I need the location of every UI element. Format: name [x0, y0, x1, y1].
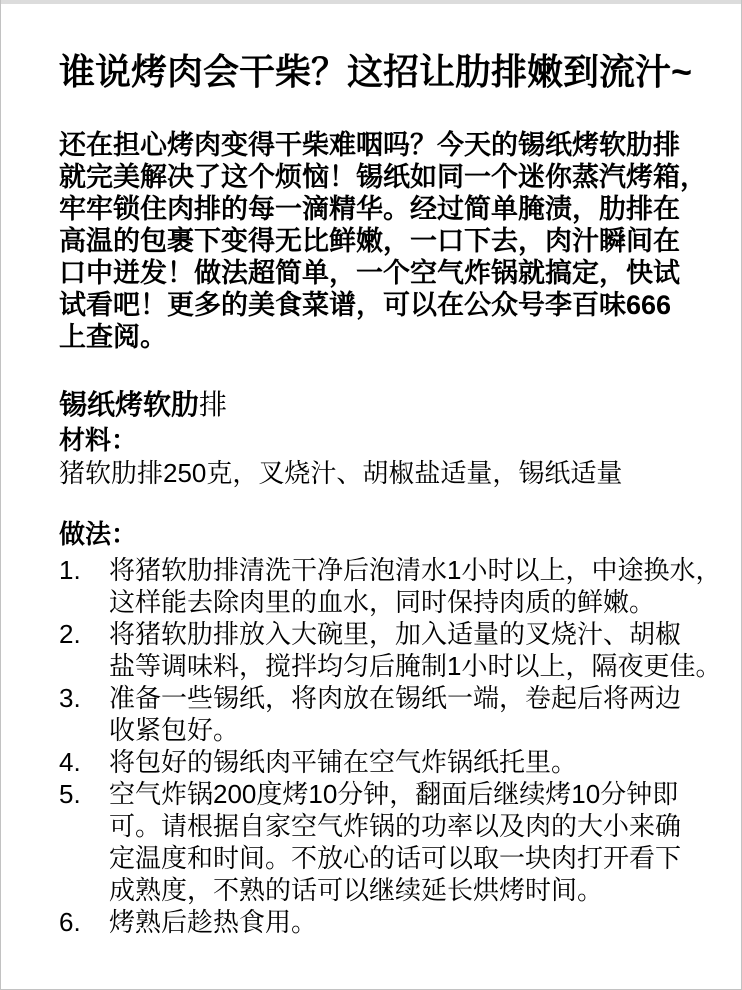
step-text: 将包好的锡纸肉平铺在空气炸锅纸托里。: [109, 746, 577, 778]
steps-list: 1.将猪软肋排清洗干净后泡清水1小时以上，中途换水，这样能去除肉里的血水，同时保…: [59, 554, 683, 938]
step-item: 2.将猪软肋排放入大碗里，加入适量的叉烧汁、胡椒盐等调味料，搅拌均匀后腌制1小时…: [59, 618, 683, 682]
step-line: 收紧包好。: [109, 714, 681, 746]
step-item: 3.准备一些锡纸，将肉放在锡纸一端，卷起后将两边收紧包好。: [59, 682, 683, 746]
step-line: 这样能去除肉里的血水，同时保持肉质的鲜嫩。: [109, 586, 721, 618]
step-text: 准备一些锡纸，将肉放在锡纸一端，卷起后将两边收紧包好。: [109, 682, 681, 746]
intro-line: 试看吧！更多的美食菜谱，可以在公众号李百味666: [59, 289, 683, 321]
intro-line: 上查阅。: [59, 321, 683, 353]
step-line: 将包好的锡纸肉平铺在空气炸锅纸托里。: [109, 746, 577, 778]
step-marker: 5.: [59, 778, 109, 810]
step-item: 5.空气炸锅200度烤10分钟，翻面后继续烤10分钟即可。请根据自家空气炸锅的功…: [59, 778, 683, 906]
step-marker: 4.: [59, 746, 109, 778]
method-label: 做法：: [59, 518, 683, 551]
step-marker: 3.: [59, 682, 109, 714]
step-text: 烤熟后趁热食用。: [109, 906, 317, 938]
materials-text: 猪软肋排250克，叉烧汁、胡椒盐适量，锡纸适量: [59, 457, 683, 490]
step-line: 定温度和时间。不放心的话可以取一块肉打开看下: [109, 842, 681, 874]
step-text: 空气炸锅200度烤10分钟，翻面后继续烤10分钟即可。请根据自家空气炸锅的功率以…: [109, 778, 681, 906]
step-text: 将猪软肋排清洗干净后泡清水1小时以上，中途换水，这样能去除肉里的血水，同时保持肉…: [109, 554, 721, 618]
step-line: 盐等调味料，搅拌均匀后腌制1小时以上，隔夜更佳。: [109, 650, 721, 682]
step-line: 可。请根据自家空气炸锅的功率以及肉的大小来确: [109, 810, 681, 842]
intro-line: 就完美解决了这个烦恼！锡纸如同一个迷你蒸汽烤箱，: [59, 161, 683, 193]
intro-line: 口中迸发！做法超简单，一个空气炸锅就搞定，快试: [59, 257, 683, 289]
recipe-name-tail: 排: [199, 389, 227, 420]
article-title: 谁说烤肉会干柴？这招让肋排嫩到流汁~: [59, 48, 683, 96]
document-page: 谁说烤肉会干柴？这招让肋排嫩到流汁~ 还在担心烤肉变得干柴难咽吗？今天的锡纸烤软…: [0, 0, 742, 990]
step-item: 1.将猪软肋排清洗干净后泡清水1小时以上，中途换水，这样能去除肉里的血水，同时保…: [59, 554, 683, 618]
step-marker: 2.: [59, 618, 109, 650]
intro-paragraph: 还在担心烤肉变得干柴难咽吗？今天的锡纸烤软肋排就完美解决了这个烦恼！锡纸如同一个…: [59, 129, 683, 353]
step-item: 6.烤熟后趁热食用。: [59, 906, 683, 938]
step-line: 成熟度，不熟的话可以继续延长烘烤时间。: [109, 874, 681, 906]
step-text: 将猪软肋排放入大碗里，加入适量的叉烧汁、胡椒盐等调味料，搅拌均匀后腌制1小时以上…: [109, 618, 721, 682]
step-marker: 6.: [59, 906, 109, 938]
step-line: 将猪软肋排清洗干净后泡清水1小时以上，中途换水，: [109, 554, 721, 586]
recipe-name-main: 锡纸烤软肋: [59, 389, 199, 420]
intro-line: 还在担心烤肉变得干柴难咽吗？今天的锡纸烤软肋排: [59, 129, 683, 161]
step-line: 烤熟后趁热食用。: [109, 906, 317, 938]
page-content: 谁说烤肉会干柴？这招让肋排嫩到流汁~ 还在担心烤肉变得干柴难咽吗？今天的锡纸烤软…: [1, 48, 741, 938]
step-line: 空气炸锅200度烤10分钟，翻面后继续烤10分钟即: [109, 778, 681, 810]
page-top-bar: [1, 0, 741, 4]
intro-line: 牢牢锁住肉排的每一滴精华。经过简单腌渍，肋排在: [59, 193, 683, 225]
materials-label: 材料：: [59, 424, 683, 457]
recipe-name: 锡纸烤软肋排: [59, 386, 683, 424]
step-item: 4.将包好的锡纸肉平铺在空气炸锅纸托里。: [59, 746, 683, 778]
step-line: 准备一些锡纸，将肉放在锡纸一端，卷起后将两边: [109, 682, 681, 714]
step-marker: 1.: [59, 554, 109, 586]
step-line: 将猪软肋排放入大碗里，加入适量的叉烧汁、胡椒: [109, 618, 721, 650]
intro-line: 高温的包裹下变得无比鲜嫩，一口下去，肉汁瞬间在: [59, 225, 683, 257]
